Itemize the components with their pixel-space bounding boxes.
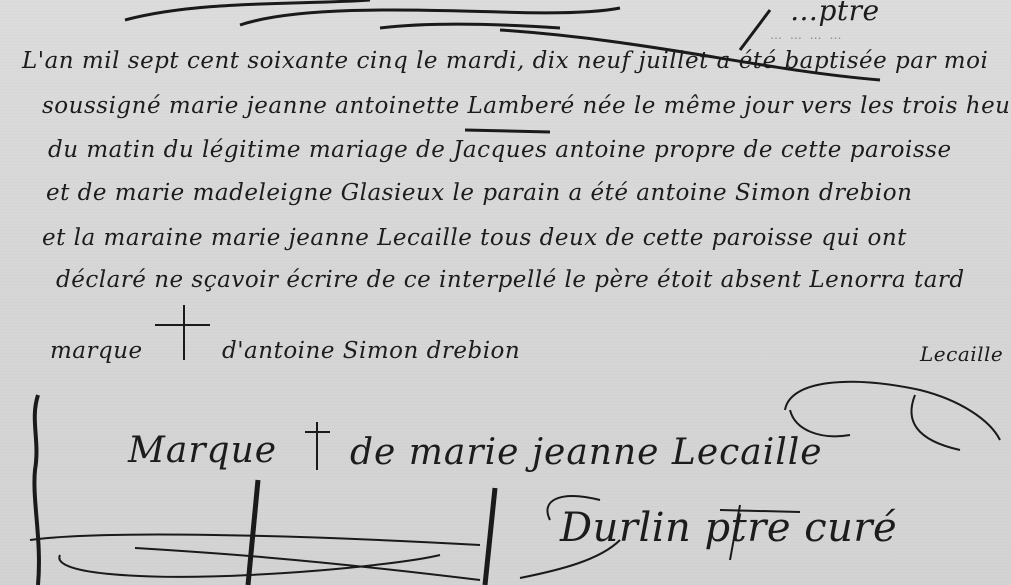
record-line-2: soussigné marie jeanne antoinette Lamber… — [42, 93, 1011, 119]
record-line-5: et la maraine marie jeanne Lecaille tous… — [42, 225, 907, 251]
priest-signature: Durlin ptre curé — [560, 505, 897, 551]
godfather-mark-name: d'antoine Simon drebion — [222, 338, 520, 364]
record-line-1: L'an mil sept cent soixante cinq le mard… — [22, 48, 988, 74]
header-fragment: …ptre — [790, 0, 880, 27]
parish-register-page: …ptre … … … … L'an mil sept cent soixant… — [0, 0, 1011, 585]
margin-note-lecaille: Lecaille — [920, 342, 1003, 366]
godmother-mark-name: de marie jeanne Lecaille — [350, 432, 823, 473]
record-line-4: et de marie madeleigne Glasieux le parai… — [46, 180, 912, 206]
godfather-mark-label: marque — [50, 338, 143, 364]
record-line-3: du matin du légitime mariage de Jacques … — [48, 137, 952, 163]
record-line-6: déclaré ne sçavoir écrire de ce interpel… — [56, 267, 965, 293]
godmother-mark-label: Marque — [128, 430, 277, 471]
faint-header-text: … … … … — [770, 28, 843, 42]
